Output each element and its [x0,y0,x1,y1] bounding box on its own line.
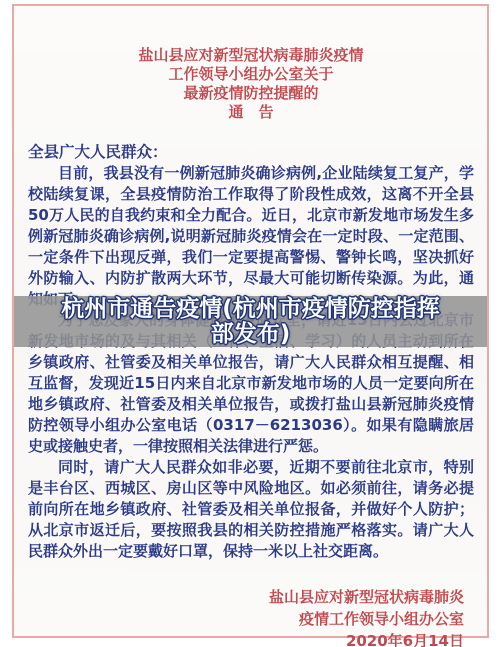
signature-date: 2020年6月14日 [28,630,464,647]
notice-photo: { "notice": { "title_lines": [ "盐山县应对新型冠… [0,0,500,647]
signature-line: 盐山县应对新型冠状病毒肺炎 [28,586,464,608]
notice-title-line: 盐山县应对新型冠状病毒肺炎疫情 [28,46,474,65]
notice-title-line: 通 告 [28,103,474,122]
signature-line: 疫情工作领导小组办公室 [28,608,464,630]
notice-salutation: 全县广大人民群众： [28,142,474,163]
notice-title: 盐山县应对新型冠状病毒肺炎疫情 工作领导小组办公室关于 最新疫情防控提醒的 通 … [28,46,474,122]
notice-paragraph: 目前，我县没有一例新冠肺炎确诊病例,企业陆续复工复产，学校陆续复课，全县疫情防治… [28,163,474,310]
watermark-overlay: 杭州市通告疫情(杭州市疫情防控指挥 部发布) [14,296,487,347]
signature-block: 盐山县应对新型冠状病毒肺炎 疫情工作领导小组办公室 2020年6月14日 [28,586,474,647]
watermark-text-line: 部发布) [211,322,291,347]
watermark-text-line: 杭州市通告疫情(杭州市疫情防控指挥 [61,297,440,322]
notice-title-line: 工作领导小组办公室关于 [28,65,474,84]
notice-body: 目前，我县没有一例新冠肺炎确诊病例,企业陆续复工复产，学校陆续复课，全县疫情防治… [28,163,474,562]
notice-title-line: 最新疫情防控提醒的 [28,84,474,103]
notice-paragraph: 同时，请广大人民群众如非必要，近期不要前往北京市，特别是丰台区、西城区、房山区等… [28,457,474,562]
